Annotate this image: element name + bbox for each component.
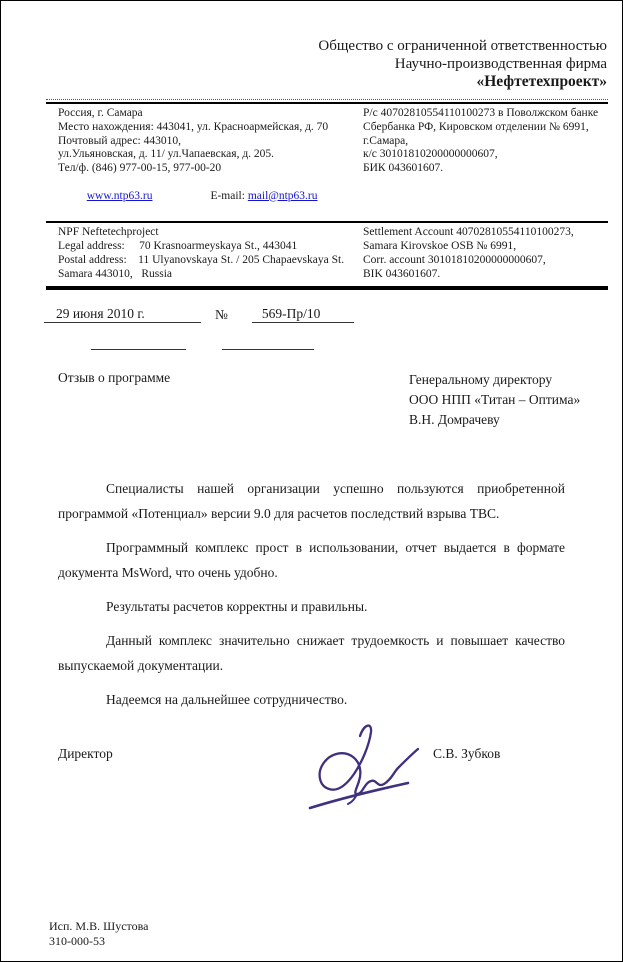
letterhead-ru-left: Россия, г. Самара Место нахождения: 4430… (58, 107, 363, 217)
letter-number: 569-Пр/10 (252, 306, 354, 323)
en-legal-address: Legal address: 70 Krasnoarmeyskaya St., … (58, 240, 363, 254)
recipient-position: Генеральному директору (409, 370, 605, 390)
letter-body: Специалисты нашей организации успешно по… (58, 476, 565, 712)
number-sign: № (215, 307, 228, 323)
ru-bank-city: г.Самара, (363, 135, 606, 149)
website-link[interactable]: www.ntp63.ru (87, 190, 153, 202)
letterhead-ru-right: Р/с 40702810554110100273 в Поволжском ба… (363, 107, 606, 217)
paragraph-1: Специалисты нашей организации успешно по… (58, 476, 565, 526)
paragraph-4: Данный комплекс значительно снижает труд… (58, 628, 565, 678)
letter-page: Общество с ограниченной ответственностью… (0, 0, 623, 962)
recipient-block: Генеральному директору ООО НПП «Титан – … (409, 370, 605, 430)
signer-title: Директор (58, 746, 113, 762)
en-bik: BIK 043601607. (363, 268, 606, 282)
reference-blank-row (44, 335, 622, 350)
ru-phone: Тел/ф. (846) 977-00-15, 977-00-20 (58, 162, 363, 176)
executor-phone: 310-000-53 (49, 934, 148, 949)
letter-date: 29 июня 2010 г. (44, 306, 201, 323)
executor-name: Исп. М.В. Шустова (49, 919, 148, 934)
paragraph-3: Результаты расчетов корректны и правильн… (58, 594, 565, 619)
en-company-name: NPF Neftetechproject (58, 226, 363, 240)
letterhead: Россия, г. Самара Место нахождения: 4430… (46, 99, 608, 290)
letter-footer: Исп. М.В. Шустова 310-000-53 (49, 919, 148, 949)
reference-row: 29 июня 2010 г. № 569-Пр/10 (44, 306, 622, 323)
letterhead-russian: Россия, г. Самара Место нахождения: 4430… (46, 104, 608, 221)
ru-legal-address: Место нахождения: 443041, ул. Красноарме… (58, 121, 363, 135)
company-header: Общество с ограниченной ответственностью… (1, 37, 607, 91)
ru-postal-address-2: ул.Ульяновская, д. 11/ ул.Чапаевская, д.… (58, 148, 363, 162)
company-name: «Нефтетехпроект» (1, 73, 607, 91)
letterhead-english: NPF Neftetechproject Legal address: 70 K… (46, 223, 608, 285)
paragraph-2: Программный комплекс прост в использован… (58, 535, 565, 585)
en-settlement-account: Settlement Account 40702810554110100273, (363, 226, 606, 240)
ru-postal-address-1: Почтовый адрес: 443010, (58, 135, 363, 149)
blank-underline-1 (91, 335, 186, 350)
en-postal-address: Postal address: 11 Ulyanovskaya St. / 20… (58, 254, 363, 268)
ru-country-city: Россия, г. Самара (58, 107, 363, 121)
en-city-country: Samara 443010, Russia (58, 268, 363, 282)
ru-settlement-account: Р/с 40702810554110100273 в Поволжском ба… (363, 107, 606, 121)
letter-subject: Отзыв о программе (58, 370, 170, 430)
signature-row: Директор С.В. Зубков (1, 726, 622, 826)
company-type: Общество с ограниченной ответственностью (1, 37, 607, 55)
recipient-name: В.Н. Домрачеву (409, 410, 605, 430)
en-corr-account: Corr. account 30101810200000000607, (363, 254, 606, 268)
email-link[interactable]: mail@ntp63.ru (248, 190, 318, 202)
ru-contacts-line: www.ntp63.ruE-mail: mail@ntp63.ru (58, 176, 363, 217)
signer-name: С.В. Зубков (433, 746, 500, 762)
recipient-company: ООО НПП «Титан – Оптима» (409, 390, 605, 410)
letterhead-en-left: NPF Neftetechproject Legal address: 70 K… (58, 226, 363, 281)
email-label: E-mail: (210, 190, 247, 202)
en-bank-branch: Samara Kirovskoe OSB № 6991, (363, 240, 606, 254)
letterhead-bottom-rule (46, 286, 608, 290)
letterhead-en-right: Settlement Account 40702810554110100273,… (363, 226, 606, 281)
ru-corr-account: к/с 30101810200000000607, (363, 148, 606, 162)
blank-underline-2 (222, 335, 314, 350)
handwritten-signature-icon (294, 720, 434, 820)
reference-block: 29 июня 2010 г. № 569-Пр/10 (44, 306, 622, 350)
ru-bik: БИК 043601607. (363, 162, 606, 176)
paragraph-5: Надеемся на дальнейшее сотрудничество. (58, 687, 565, 712)
ru-bank-branch: Сбербанка РФ, Кировском отделении № 6991… (363, 121, 606, 135)
company-kind: Научно-производственная фирма (1, 55, 607, 73)
subject-recipient-row: Отзыв о программе Генеральному директору… (1, 370, 622, 430)
